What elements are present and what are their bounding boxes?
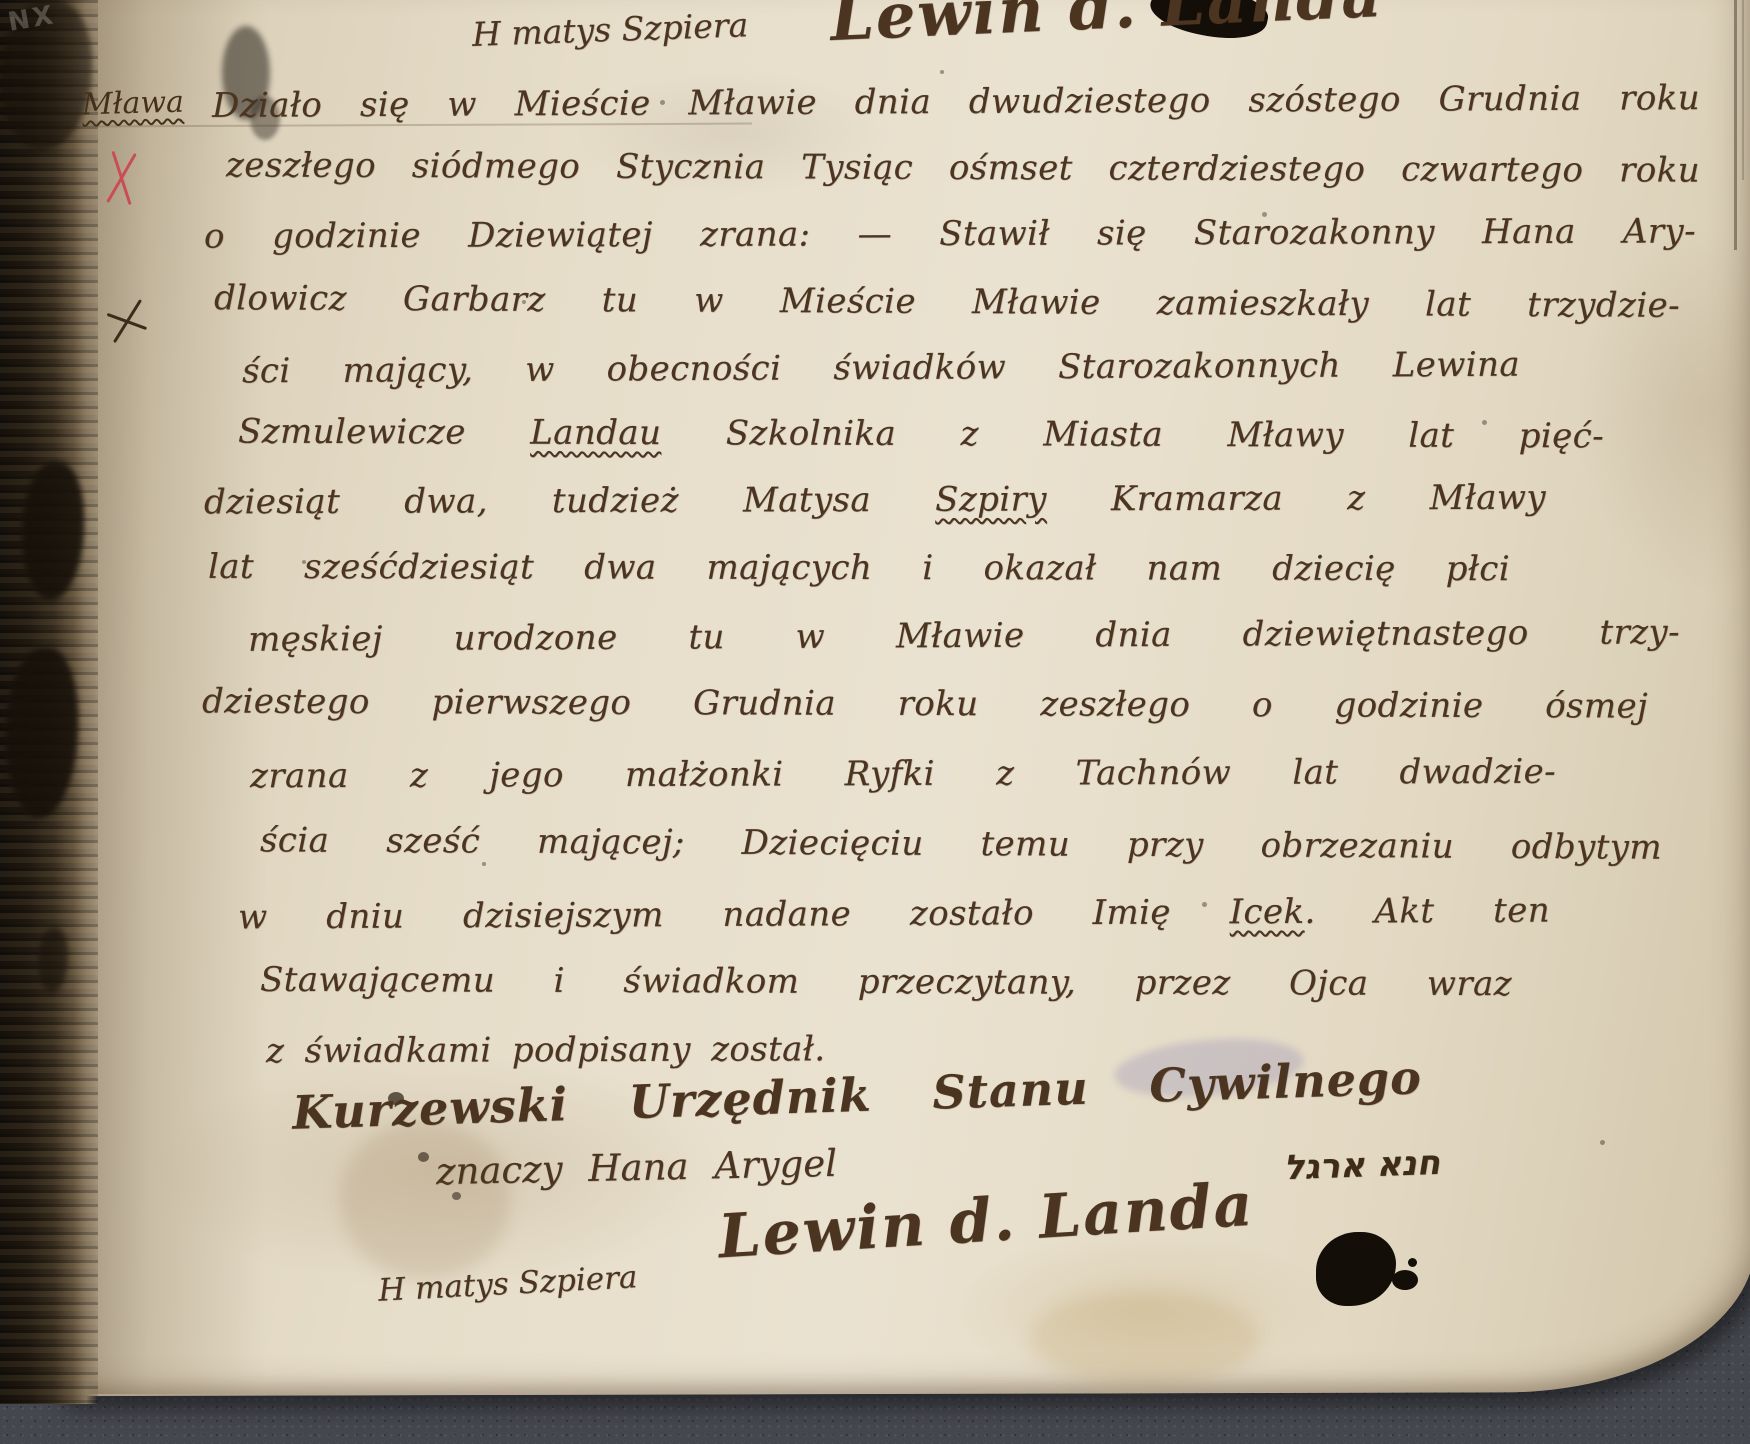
manuscript-line-3: o godzinie Dziewiątej zrana: — Stawił si…	[204, 211, 1696, 257]
father-mark-signature: znaczy Hana Arygel	[436, 1142, 838, 1193]
page-edge-line	[1734, 0, 1737, 250]
manuscript-line-2: zeszłego siódmego Stycznia Tysiąc ośmset…	[226, 145, 1700, 191]
manuscript-line-8: lat sześćdziesiąt dwa mających i okazał …	[208, 547, 1510, 590]
manuscript-line-4: dlowicz Garbarz tu w Mieście Mławie zami…	[214, 278, 1680, 326]
manuscript-line-6: Szmulewicze Landau Szkolnika z Miasta Mł…	[238, 412, 1604, 458]
red-x-mark	[97, 148, 147, 208]
manuscript-line-11: zrana z jego małżonki Ryfki z Tachnów la…	[250, 752, 1556, 797]
manuscript-line-1: Działo się w Mieście Mławie dnia dwudzie…	[212, 78, 1700, 127]
manuscript-line-14: Stawającemu i świadkom przeczytany, prze…	[260, 960, 1512, 1005]
manuscript-line-7: dziesiąt dwa, tudzież Matysa Szpiry Kram…	[204, 478, 1546, 523]
margin-place-name: Mława	[82, 85, 185, 123]
manuscript-line-9: męskiej urodzone tu w Mławie dnia dziewi…	[248, 612, 1680, 660]
manuscript-line-13: w dniu dzisiejszym nadane zostało Imię I…	[238, 891, 1550, 939]
manuscript-line-5: ści mający, w obecności świadków Staroza…	[242, 345, 1520, 392]
manuscript-line-15: z świadkami podpisany został.	[266, 1029, 966, 1072]
scanned-record-page: NX H matys Szpiera Lewin d. Landa Mława …	[0, 0, 1750, 1444]
manuscript-line-10: dziestego pierwszego Grudnia roku zeszłe…	[202, 681, 1648, 727]
page-edge-line	[1742, 0, 1744, 180]
manuscript-line-12: ścia sześć mającej; Dziecięciu temu przy…	[260, 820, 1662, 868]
